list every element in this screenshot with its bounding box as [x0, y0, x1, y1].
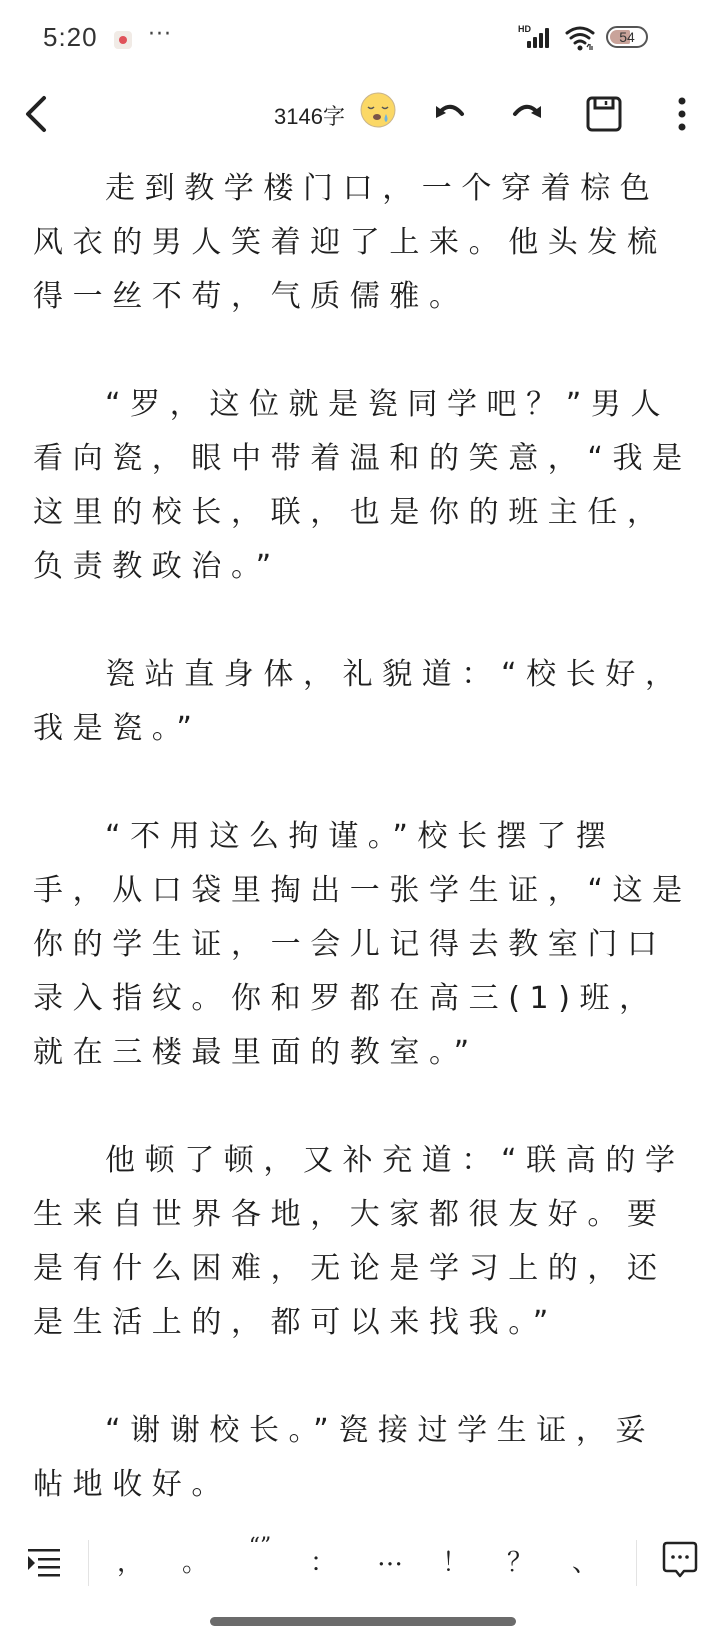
punct-comma-button[interactable]: ，	[110, 1542, 150, 1579]
punctuation-bar: ， 。 “” ： … ！ ？ 、	[0, 1532, 720, 1594]
indent-icon[interactable]	[26, 1546, 62, 1580]
paragraph[interactable]: 瓷站直身体，礼貌道：“校长好，我是瓷。”	[33, 648, 693, 756]
battery-indicator: 54	[606, 26, 648, 48]
hd-label: HD	[518, 24, 531, 34]
paragraph[interactable]: 他顿了顿，又补充道：“联高的学生来自世界各地，大家都很友好。要是有什么困难，无论…	[33, 1134, 693, 1350]
divider	[88, 1540, 89, 1586]
punct-period-button[interactable]: 。	[175, 1542, 215, 1579]
more-notifications-icon: ···	[148, 22, 172, 47]
document-editor[interactable]: 走到教学楼门口，一个穿着棕色风衣的男人笑着迎了上来。他头发梳得一丝不苟，气质儒雅…	[33, 162, 693, 1566]
battery-level: 54	[608, 29, 646, 45]
wifi-icon	[565, 24, 595, 52]
undo-icon[interactable]	[428, 92, 472, 136]
editor-toolbar: 3146字	[0, 78, 720, 150]
divider	[636, 1540, 637, 1586]
redo-icon[interactable]	[505, 92, 549, 136]
notification-app-icon	[114, 31, 132, 49]
save-icon[interactable]	[582, 92, 626, 136]
punct-exclaim-button[interactable]: ！	[435, 1542, 475, 1579]
status-bar: 5:20 ··· HD 54	[0, 0, 720, 78]
word-count: 3146字	[274, 100, 345, 131]
home-indicator[interactable]	[210, 1617, 516, 1626]
back-icon[interactable]	[16, 90, 60, 138]
punct-colon-button[interactable]: ：	[303, 1542, 343, 1579]
punct-ellipsis-button[interactable]: …	[370, 1542, 410, 1572]
punct-pause-comma-button[interactable]: 、	[565, 1542, 605, 1579]
punct-question-button[interactable]: ？	[500, 1542, 540, 1579]
status-time: 5:20	[43, 22, 98, 53]
punct-quotes-button[interactable]: “”	[240, 1534, 280, 1559]
paragraph[interactable]: “谢谢校长。”瓷接过学生证，妥帖地收好。	[33, 1404, 693, 1512]
comment-icon[interactable]	[662, 1540, 698, 1582]
cellular-signal-icon: HD	[518, 24, 552, 50]
sleepy-emoji-icon[interactable]	[359, 91, 397, 129]
paragraph[interactable]: “不用这么拘谨。”校长摆了摆手，从口袋里掏出一张学生证，“这是你的学生证，一会儿…	[33, 810, 693, 1080]
paragraph[interactable]: “罗，这位就是瓷同学吧？”男人看向瓷，眼中带着温和的笑意，“我是这里的校长，联，…	[33, 378, 693, 594]
more-vertical-icon[interactable]	[660, 92, 704, 136]
paragraph[interactable]: 走到教学楼门口，一个穿着棕色风衣的男人笑着迎了上来。他头发梳得一丝不苟，气质儒雅…	[33, 162, 693, 324]
